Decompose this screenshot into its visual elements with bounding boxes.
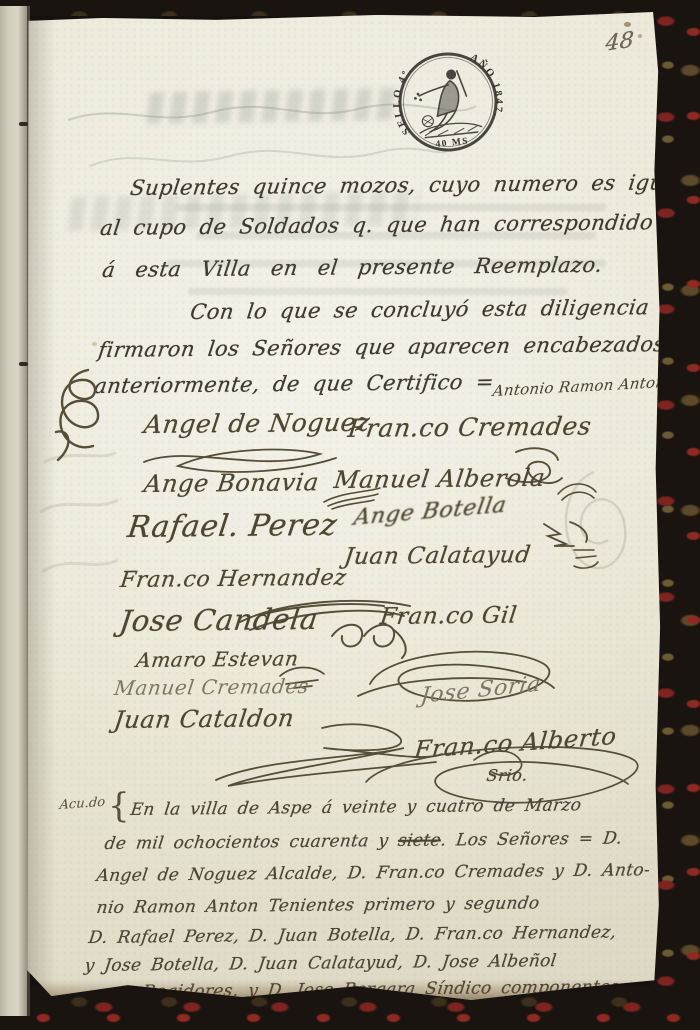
paragraph2-line: Con lo que se concluyó esta diligencia q… — [189, 295, 685, 324]
acuerdo-line: y Jose Botella, D. Juan Calatayud, D. Jo… — [83, 951, 557, 976]
seal-seated-figure — [411, 67, 482, 137]
acuerdo-line2-post: . Los Señores = D. — [439, 829, 623, 851]
ink-stain — [624, 22, 631, 27]
seal-right-text: AÑO 1847. — [467, 49, 506, 123]
book-cover-top-edge — [0, 0, 700, 16]
book-cover-bottom-edge — [0, 986, 700, 1030]
signature: Manuel Cremades — [113, 674, 311, 700]
signature: Ange Bonavia — [142, 468, 320, 498]
document-page: 48 — [26, 12, 662, 1004]
acuerdo-line: D. Rafael Perez, D. Juan Botella, D. Fra… — [87, 922, 617, 948]
acuerdo-line: nio Ramon Anton Tenientes primero y segu… — [95, 893, 540, 918]
struck-word: siete — [397, 830, 442, 850]
signature: Juan Calatayud — [343, 542, 533, 570]
margin-label: Acu.do — [59, 795, 106, 813]
paragraph2-line: firmaron los Señores que aparecen encabe… — [97, 332, 666, 362]
paragraph1-line: á esta Villa en el presente Reemplazo. — [101, 253, 604, 282]
signature: Fran.co Hernandez — [119, 566, 348, 593]
acuerdo-line: de mil ochocientos cuarenta y siete. Los… — [103, 829, 623, 854]
signature: Fran.co Cremades — [346, 411, 593, 443]
svg-text:AÑO 1847.: AÑO 1847. — [467, 49, 506, 123]
signature: Rafael. Perez — [125, 508, 339, 545]
binding-stitch — [19, 362, 28, 366]
margin-brace: { — [108, 786, 130, 826]
secretary-abbreviation: Srio. — [486, 766, 530, 785]
previous-page-edge — [0, 6, 30, 1016]
folio-number: 48 — [605, 28, 635, 57]
scanned-manuscript: { "page": { "folio_number": "48" }, "sea… — [0, 0, 700, 1030]
signature-rubric — [568, 544, 604, 574]
signature-rubric — [554, 474, 600, 504]
bleedthrough-print-line — [188, 288, 568, 295]
signature: Jose Candela — [118, 602, 321, 638]
acuerdo-line2-pre: de mil ochocientos cuarenta y — [103, 831, 399, 854]
acuerdo-line: Angel de Noguez Alcalde, D. Fran.co Crem… — [95, 860, 651, 886]
revenue-seal-stamp: SELLO 4º. AÑO 1847. 40 MS — [386, 40, 509, 163]
signature: Manuel Alberola — [332, 464, 547, 494]
bleedthrough-print-line — [176, 204, 606, 211]
ink-stain — [638, 34, 642, 38]
margin-flourish — [48, 364, 124, 480]
signature: Angel de Noguez — [142, 408, 372, 439]
ink-stain — [92, 342, 97, 346]
certifier-signature: Antonio Ramon Anton — [492, 373, 667, 400]
paragraph2-line: anteriormente, de que Certifico = — [93, 370, 496, 398]
binding-stitch — [19, 122, 28, 126]
paragraph1-line: Suplentes quince mozos, cuyo numero es i… — [129, 170, 685, 200]
signature: Fran.co Gil — [379, 603, 519, 630]
